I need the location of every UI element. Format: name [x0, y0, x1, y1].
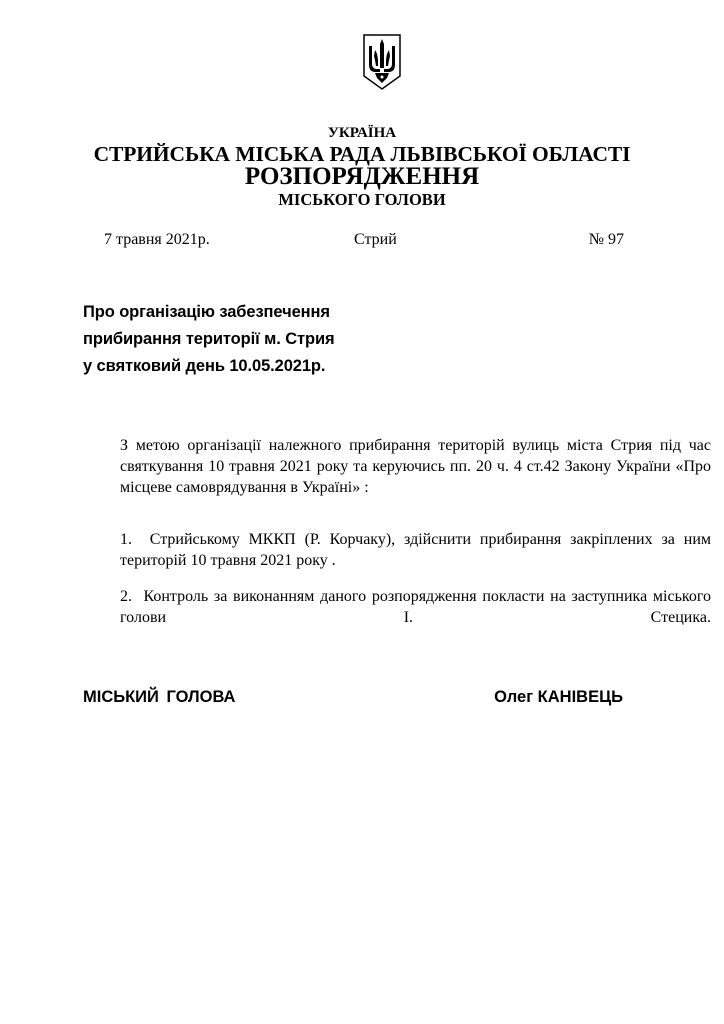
ukraine-trident-emblem-icon: [363, 34, 401, 90]
document-number: № 97: [589, 231, 624, 249]
subject-line: прибирання території м. Стрия: [83, 326, 335, 353]
document-date: 7 травня 2021р.: [104, 231, 210, 249]
issuer-heading: МІСЬКОГО ГОЛОВИ: [0, 190, 724, 210]
preamble-text: З метою організації належного прибирання…: [83, 435, 711, 498]
document-city: Стрий: [354, 231, 397, 249]
document-subject: Про організацію забезпечення прибирання …: [83, 299, 335, 380]
country-heading: УКРАЇНА: [0, 125, 724, 142]
order-item-number: 1.: [120, 531, 132, 548]
order-item-text: 1. Стрийському МККП (Р. Корчаку), здійсн…: [83, 529, 711, 571]
order-item-body: Стрийському МККП (Р. Корчаку), здійснити…: [120, 531, 711, 569]
order-item-text: 2. Контроль за виконанням даного розпоря…: [83, 586, 711, 628]
order-item-1: 1. Стрийському МККП (Р. Корчаку), здійсн…: [83, 529, 711, 571]
signatory-name: Олег КАНІВЕЦЬ: [494, 688, 623, 707]
order-item-number: 2.: [120, 588, 132, 605]
order-item-2: 2. Контроль за виконанням даного розпоря…: [83, 586, 711, 628]
subject-line: Про організацію забезпечення: [83, 299, 335, 326]
signatory-title: МІСЬКИЙ ГОЛОВА: [83, 688, 235, 707]
subject-line: у святковий день 10.05.2021р.: [83, 353, 335, 380]
document-meta-row: 7 травня 2021р. Стрий № 97: [104, 231, 624, 251]
order-item-body: Контроль за виконанням даного розпорядже…: [120, 588, 711, 626]
signature-block: МІСЬКИЙ ГОЛОВА Олег КАНІВЕЦЬ: [83, 688, 623, 710]
document-type-heading: РОЗПОРЯДЖЕННЯ: [0, 163, 724, 191]
preamble-paragraph: З метою організації належного прибирання…: [83, 435, 711, 498]
